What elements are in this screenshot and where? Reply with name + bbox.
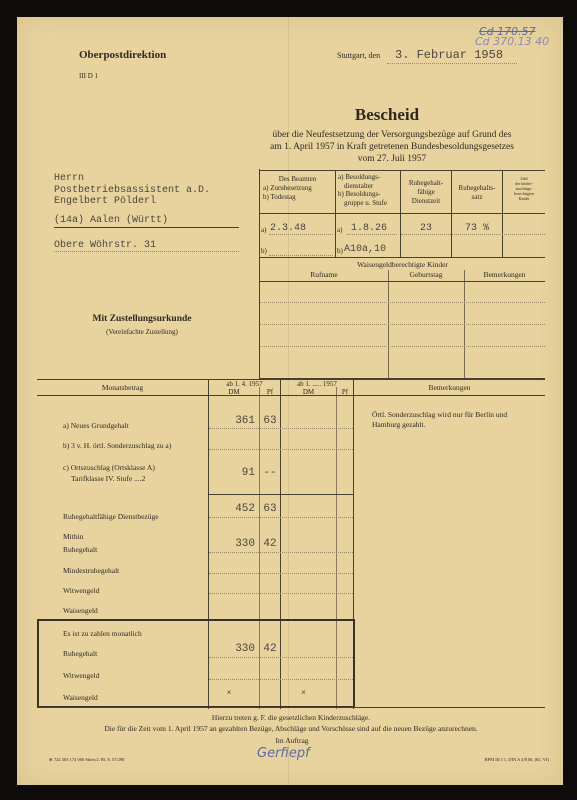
period2-header: ab 1. ..... 1957 bbox=[281, 380, 353, 388]
row-label-ruhegehalt: Ruhegehalt bbox=[63, 545, 97, 554]
print-code: ⊕ 722 365 174 000 Stkes/2. Bl. 8. 57/298 bbox=[49, 757, 124, 763]
payable-ruhegehalt-pf: 42 bbox=[260, 643, 280, 655]
orphans-row-line bbox=[260, 346, 545, 347]
street-line bbox=[54, 251, 239, 252]
row-label-sonderzuschlag: b) 3 v. H. örtl. Sonderzuschlag zu a) bbox=[63, 441, 171, 450]
subtitle-line-2: am 1. April 1957 in Kraft getretenen Bun… bbox=[242, 141, 542, 153]
grundgehalt-pf: 63 bbox=[260, 415, 280, 427]
document-title: Bescheid bbox=[217, 105, 557, 125]
remarks-header: Bemerkungen bbox=[354, 383, 545, 392]
dm-header-2: DM bbox=[281, 388, 336, 396]
row-label-dienstbezuege: Ruhegehaltfähige Dienstbezüge bbox=[63, 512, 159, 521]
row-line bbox=[209, 449, 353, 450]
date-line bbox=[387, 63, 517, 64]
pf-header: Pf bbox=[260, 388, 280, 396]
period1-header: ab 1. 4. 1957 bbox=[209, 380, 280, 388]
dienstbezuege-pf: 63 bbox=[260, 503, 280, 515]
row-a-label-2: a) bbox=[337, 226, 342, 234]
header-text: a) Besoldungs- bbox=[338, 173, 400, 182]
header-text: gruppe u. Stufe bbox=[338, 199, 400, 208]
row-label-grundgehalt: a) Neues Grundgehalt bbox=[63, 421, 129, 430]
service-header-col4: Ruhegehalts- satz bbox=[452, 184, 502, 202]
row-a-label: a) bbox=[261, 226, 266, 234]
orphans-col-rufname: Rufname bbox=[260, 270, 388, 279]
payable-waisengeld-label: Waisengeld bbox=[63, 693, 98, 702]
monatsbetrag-header: Monatsbetrag bbox=[37, 383, 208, 392]
dotted-line bbox=[401, 234, 545, 235]
ortszuschlag-pf: -- bbox=[260, 467, 280, 479]
recipient-salutation: Herrn bbox=[54, 173, 210, 185]
row-label-tarifklasse: Tarifklasse IV. Stufe ....2 bbox=[71, 474, 145, 483]
header-text: b) Besoldungs- bbox=[338, 190, 400, 199]
row-line bbox=[209, 657, 353, 658]
remarks-text: Örtl. Sonderzuschlag wird nur für Berlin… bbox=[372, 410, 537, 430]
subtitle-line-3: vom 27. Juli 1957 bbox=[242, 153, 542, 165]
row-b-label: b) bbox=[261, 247, 267, 255]
signature: Gerfiepf bbox=[257, 746, 310, 761]
header-text: fähige bbox=[401, 188, 451, 197]
pay-group: A10a,10 bbox=[344, 244, 386, 255]
print-code-text: 722 365 174 000 Stkes/2. Bl. 8. 57/298 bbox=[54, 757, 125, 762]
dotted-line bbox=[269, 234, 333, 235]
service-age-date: 1.8.26 bbox=[351, 223, 387, 234]
document-date: 3. Februar 1958 bbox=[395, 48, 503, 62]
payable-ruhegehalt-dm: 330 bbox=[209, 643, 255, 655]
row-label-mindestruhegehalt: Mindestruhegehalt bbox=[63, 566, 119, 575]
form-code: BPM III J 1, DIN A 4/8 Bl. (Kl. VI) bbox=[397, 757, 549, 762]
service-col-divider-1 bbox=[335, 170, 336, 258]
place-label: Stuttgart, den bbox=[337, 51, 380, 60]
orphans-col-bemerkungen: Bemerkungen bbox=[464, 270, 545, 279]
row-line bbox=[209, 428, 353, 429]
orphans-header-line bbox=[260, 281, 545, 282]
row-line bbox=[209, 593, 353, 594]
recipient-title: Postbetriebsassistent a.D. bbox=[54, 185, 210, 197]
payable-waisengeld-dm2: × bbox=[281, 689, 326, 698]
archive-ref-2: Cd 370.13 40 bbox=[475, 35, 549, 48]
row-label-ortszuschlag: c) Ortszuschlag (Ortsklasse A) bbox=[63, 463, 155, 472]
row-label-witwengeld: Witwengeld bbox=[63, 586, 99, 595]
signature-label: Im Auftrag bbox=[217, 736, 367, 745]
header-text: Kinder bbox=[503, 196, 545, 201]
department: III D 1 bbox=[79, 72, 98, 80]
row-line bbox=[209, 679, 353, 680]
row-label-mithin: Mithin bbox=[63, 532, 83, 541]
ruhegehalt-pf: 42 bbox=[260, 538, 280, 550]
subtotal-line bbox=[208, 494, 353, 495]
row-b-label-2: b) bbox=[337, 247, 343, 255]
dotted-line bbox=[347, 234, 397, 235]
service-header-col2: a) Besoldungs- dienstalter b) Besoldungs… bbox=[338, 173, 400, 207]
footer-line-2: Die für die Zeit vom 1. April 1957 an ge… bbox=[37, 724, 545, 733]
row-line bbox=[209, 573, 353, 574]
header-text: a) Zuruhesetzung bbox=[260, 184, 335, 193]
orphans-row-line bbox=[260, 302, 545, 303]
grundgehalt-dm: 361 bbox=[209, 415, 255, 427]
row-line bbox=[209, 517, 353, 518]
footer-line-1: Hierzu treten g. F. die gesetzlichen Kin… bbox=[37, 713, 545, 722]
payable-waisengeld-dm: × bbox=[209, 689, 249, 698]
pension-rate: 73 % bbox=[452, 223, 502, 234]
orphans-col-geburtstag: Geburtstag bbox=[388, 270, 464, 279]
header-text: Dienstzeit bbox=[401, 197, 451, 206]
document-subtitle: über die Neufestsetzung der Versorgungsb… bbox=[242, 129, 542, 165]
orphans-row-line bbox=[260, 324, 545, 325]
header-text: Ruhegehalt- bbox=[401, 179, 451, 188]
row-label-waisengeld: Waisengeld bbox=[63, 606, 98, 615]
recipient-name: Engelbert Pölderl bbox=[54, 196, 210, 208]
service-header-col3: Ruhegehalt- fähige Dienstzeit bbox=[401, 179, 451, 206]
payable-witwengeld-label: Witwengeld bbox=[63, 671, 99, 680]
retirement-date: 2.3.48 bbox=[270, 223, 306, 234]
header-text: Des Beamten bbox=[260, 175, 335, 184]
authority: Oberpostdirektion bbox=[79, 49, 166, 61]
header-text: dienstalter bbox=[338, 182, 400, 191]
service-header-col1: Des Beamten a) Zuruhesetzung b) Todestag bbox=[260, 175, 335, 202]
ruhegehalt-dm: 330 bbox=[209, 538, 255, 550]
pf-header-2: Pf bbox=[337, 388, 353, 396]
recipient-street: Obere Wöhrstr. 31 bbox=[54, 240, 156, 251]
service-header-col5: Zahl der kinder- zuschlags- berechtigten… bbox=[503, 176, 545, 201]
orphans-table-title: Waisengeldberechtigte Kinder bbox=[260, 260, 545, 269]
delivery-title: Mit Zustellungsurkunde bbox=[57, 314, 227, 324]
dotted-line bbox=[269, 255, 333, 256]
recipient-city: (14a) Aalen (Württ) bbox=[54, 215, 168, 226]
payable-heading: Es ist zu zahlen monatlich bbox=[63, 629, 142, 638]
subtitle-line-1: über die Neufestsetzung der Versorgungsb… bbox=[242, 129, 542, 141]
dienstbezuege-dm: 452 bbox=[209, 503, 255, 515]
recipient-block: Herrn Postbetriebsassistent a.D. Engelbe… bbox=[54, 173, 210, 208]
header-text: b) Todestag bbox=[260, 193, 335, 202]
header-text: satz bbox=[452, 193, 502, 202]
ortszuschlag-dm: 91 bbox=[209, 467, 255, 479]
document-page: Cd 170.57 Cd 370.13 40 Oberpostdirektion… bbox=[17, 17, 563, 785]
row-line bbox=[209, 552, 353, 553]
dm-header: DM bbox=[209, 388, 259, 396]
pensionable-years: 23 bbox=[401, 223, 451, 234]
payable-ruhegehalt-label: Ruhegehalt bbox=[63, 649, 97, 658]
header-text: Ruhegehalts- bbox=[452, 184, 502, 193]
city-underline bbox=[54, 227, 239, 228]
amount-table-bottom bbox=[37, 707, 545, 708]
delivery-subtitle: (Vereinfachte Zustellung) bbox=[57, 328, 227, 336]
